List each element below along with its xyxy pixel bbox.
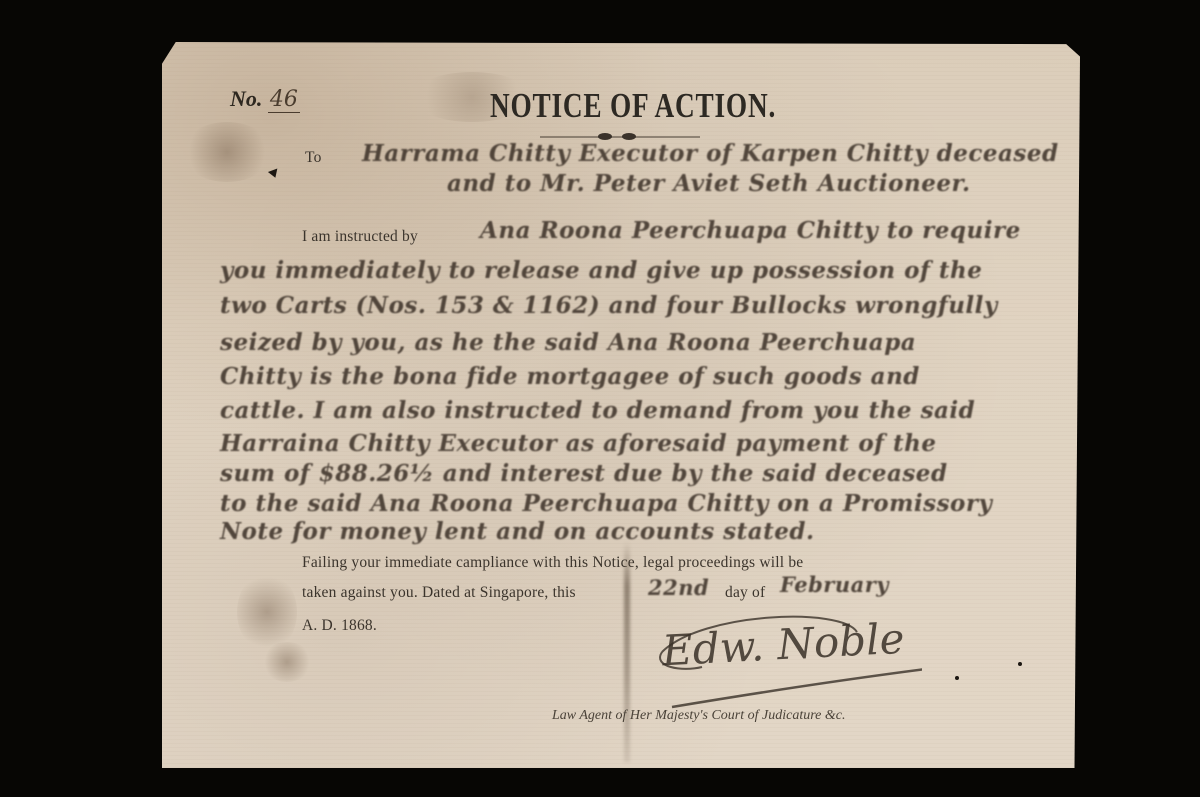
ink-dot	[1018, 662, 1022, 666]
body-line: two Carts (Nos. 153 & 1162) and four Bul…	[220, 292, 998, 319]
body-line: Chitty is the bona fide mortgagee of suc…	[220, 363, 920, 390]
title-ornament	[540, 136, 700, 138]
addressee-line-2: and to Mr. Peter Aviet Seth Auctioneer.	[447, 170, 971, 197]
document-viewer: No. 46 NOTICE OF ACTION. To Harrama Chit…	[0, 0, 1200, 797]
body-line: to the said Ana Roona Peerchuapa Chitty …	[220, 490, 992, 517]
body-line: Harraina Chitty Executor as aforesaid pa…	[220, 430, 937, 457]
number-label: No.	[230, 86, 262, 111]
signatory-title: Law Agent of Her Majesty's Court of Judi…	[552, 708, 845, 724]
marker-icon	[268, 169, 280, 180]
dated-line: taken against you. Dated at Singapore, t…	[302, 584, 576, 602]
stain	[182, 122, 272, 182]
body-line: sum of $88.26½ and interest due by the s…	[220, 460, 948, 487]
date-month: February	[780, 572, 889, 597]
year-line: A. D. 1868.	[302, 617, 377, 635]
ink-smear	[624, 542, 630, 762]
body-line: seized by you, as he the said Ana Roona …	[220, 329, 916, 356]
to-label: To	[305, 149, 322, 167]
stain	[262, 642, 312, 682]
body-line: you immediately to release and give up p…	[220, 257, 982, 284]
ink-dot	[955, 676, 959, 680]
day-of-label: day of	[725, 584, 765, 602]
body-line: cattle. I am also instructed to demand f…	[220, 397, 975, 424]
stain	[237, 572, 297, 652]
notice-paper: No. 46 NOTICE OF ACTION. To Harrama Chit…	[162, 42, 1080, 768]
document-number: No. 46	[230, 86, 300, 112]
number-value: 46	[268, 87, 300, 113]
date-day: 22nd	[648, 575, 709, 600]
failing-line: Failing your immediate campliance with t…	[302, 554, 803, 572]
instructed-label: I am instructed by	[302, 228, 418, 246]
body-line: Ana Roona Peerchuapa Chitty to require	[480, 217, 1021, 244]
addressee-line-1: Harrama Chitty Executor of Karpen Chitty…	[362, 140, 1059, 167]
page-title: NOTICE OF ACTION.	[490, 86, 776, 126]
body-line: Note for money lent and on accounts stat…	[220, 518, 815, 545]
